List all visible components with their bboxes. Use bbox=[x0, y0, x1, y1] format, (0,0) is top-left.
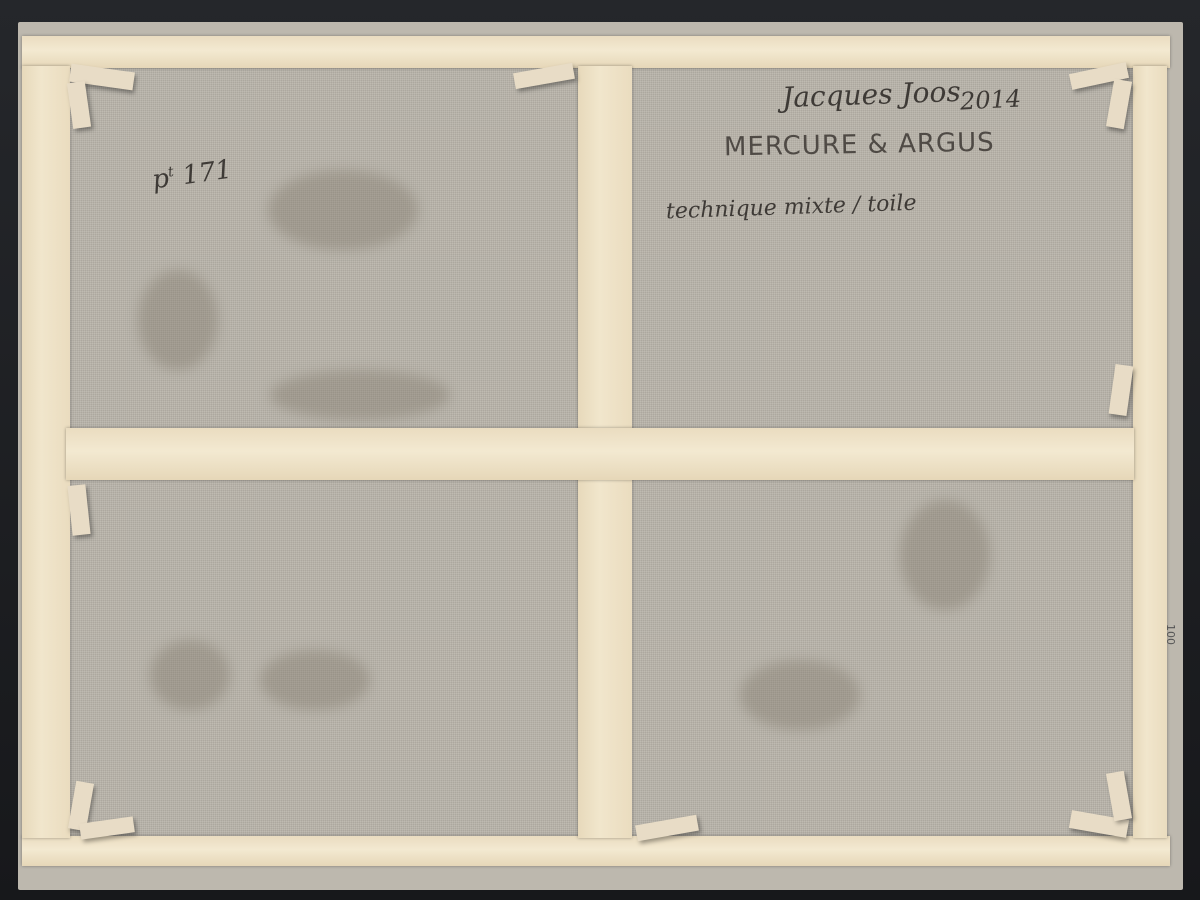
stain bbox=[138, 270, 218, 370]
stain bbox=[900, 500, 990, 610]
artist-signature: Jacques Joos bbox=[781, 75, 961, 114]
stretcher-bar-bottom bbox=[22, 836, 1170, 866]
linen-panel-top-right bbox=[630, 68, 1135, 430]
stain bbox=[270, 370, 450, 420]
stretcher-bar-right bbox=[1133, 66, 1167, 838]
stain bbox=[740, 660, 860, 730]
stretcher-bar-horizontal-center bbox=[66, 428, 1134, 480]
stain bbox=[268, 170, 418, 250]
stretcher-bar-top bbox=[22, 36, 1170, 68]
title-inscription: MERCURE & ARGUS bbox=[724, 128, 995, 163]
inventory-sup: t bbox=[167, 164, 175, 181]
stain bbox=[260, 650, 370, 710]
linen-panel-bottom-right bbox=[630, 480, 1135, 838]
stain bbox=[150, 640, 230, 710]
stretcher-bar-left bbox=[22, 66, 70, 838]
edge-mark: 100 bbox=[1164, 624, 1177, 645]
year-inscription: 2014 bbox=[959, 84, 1021, 115]
